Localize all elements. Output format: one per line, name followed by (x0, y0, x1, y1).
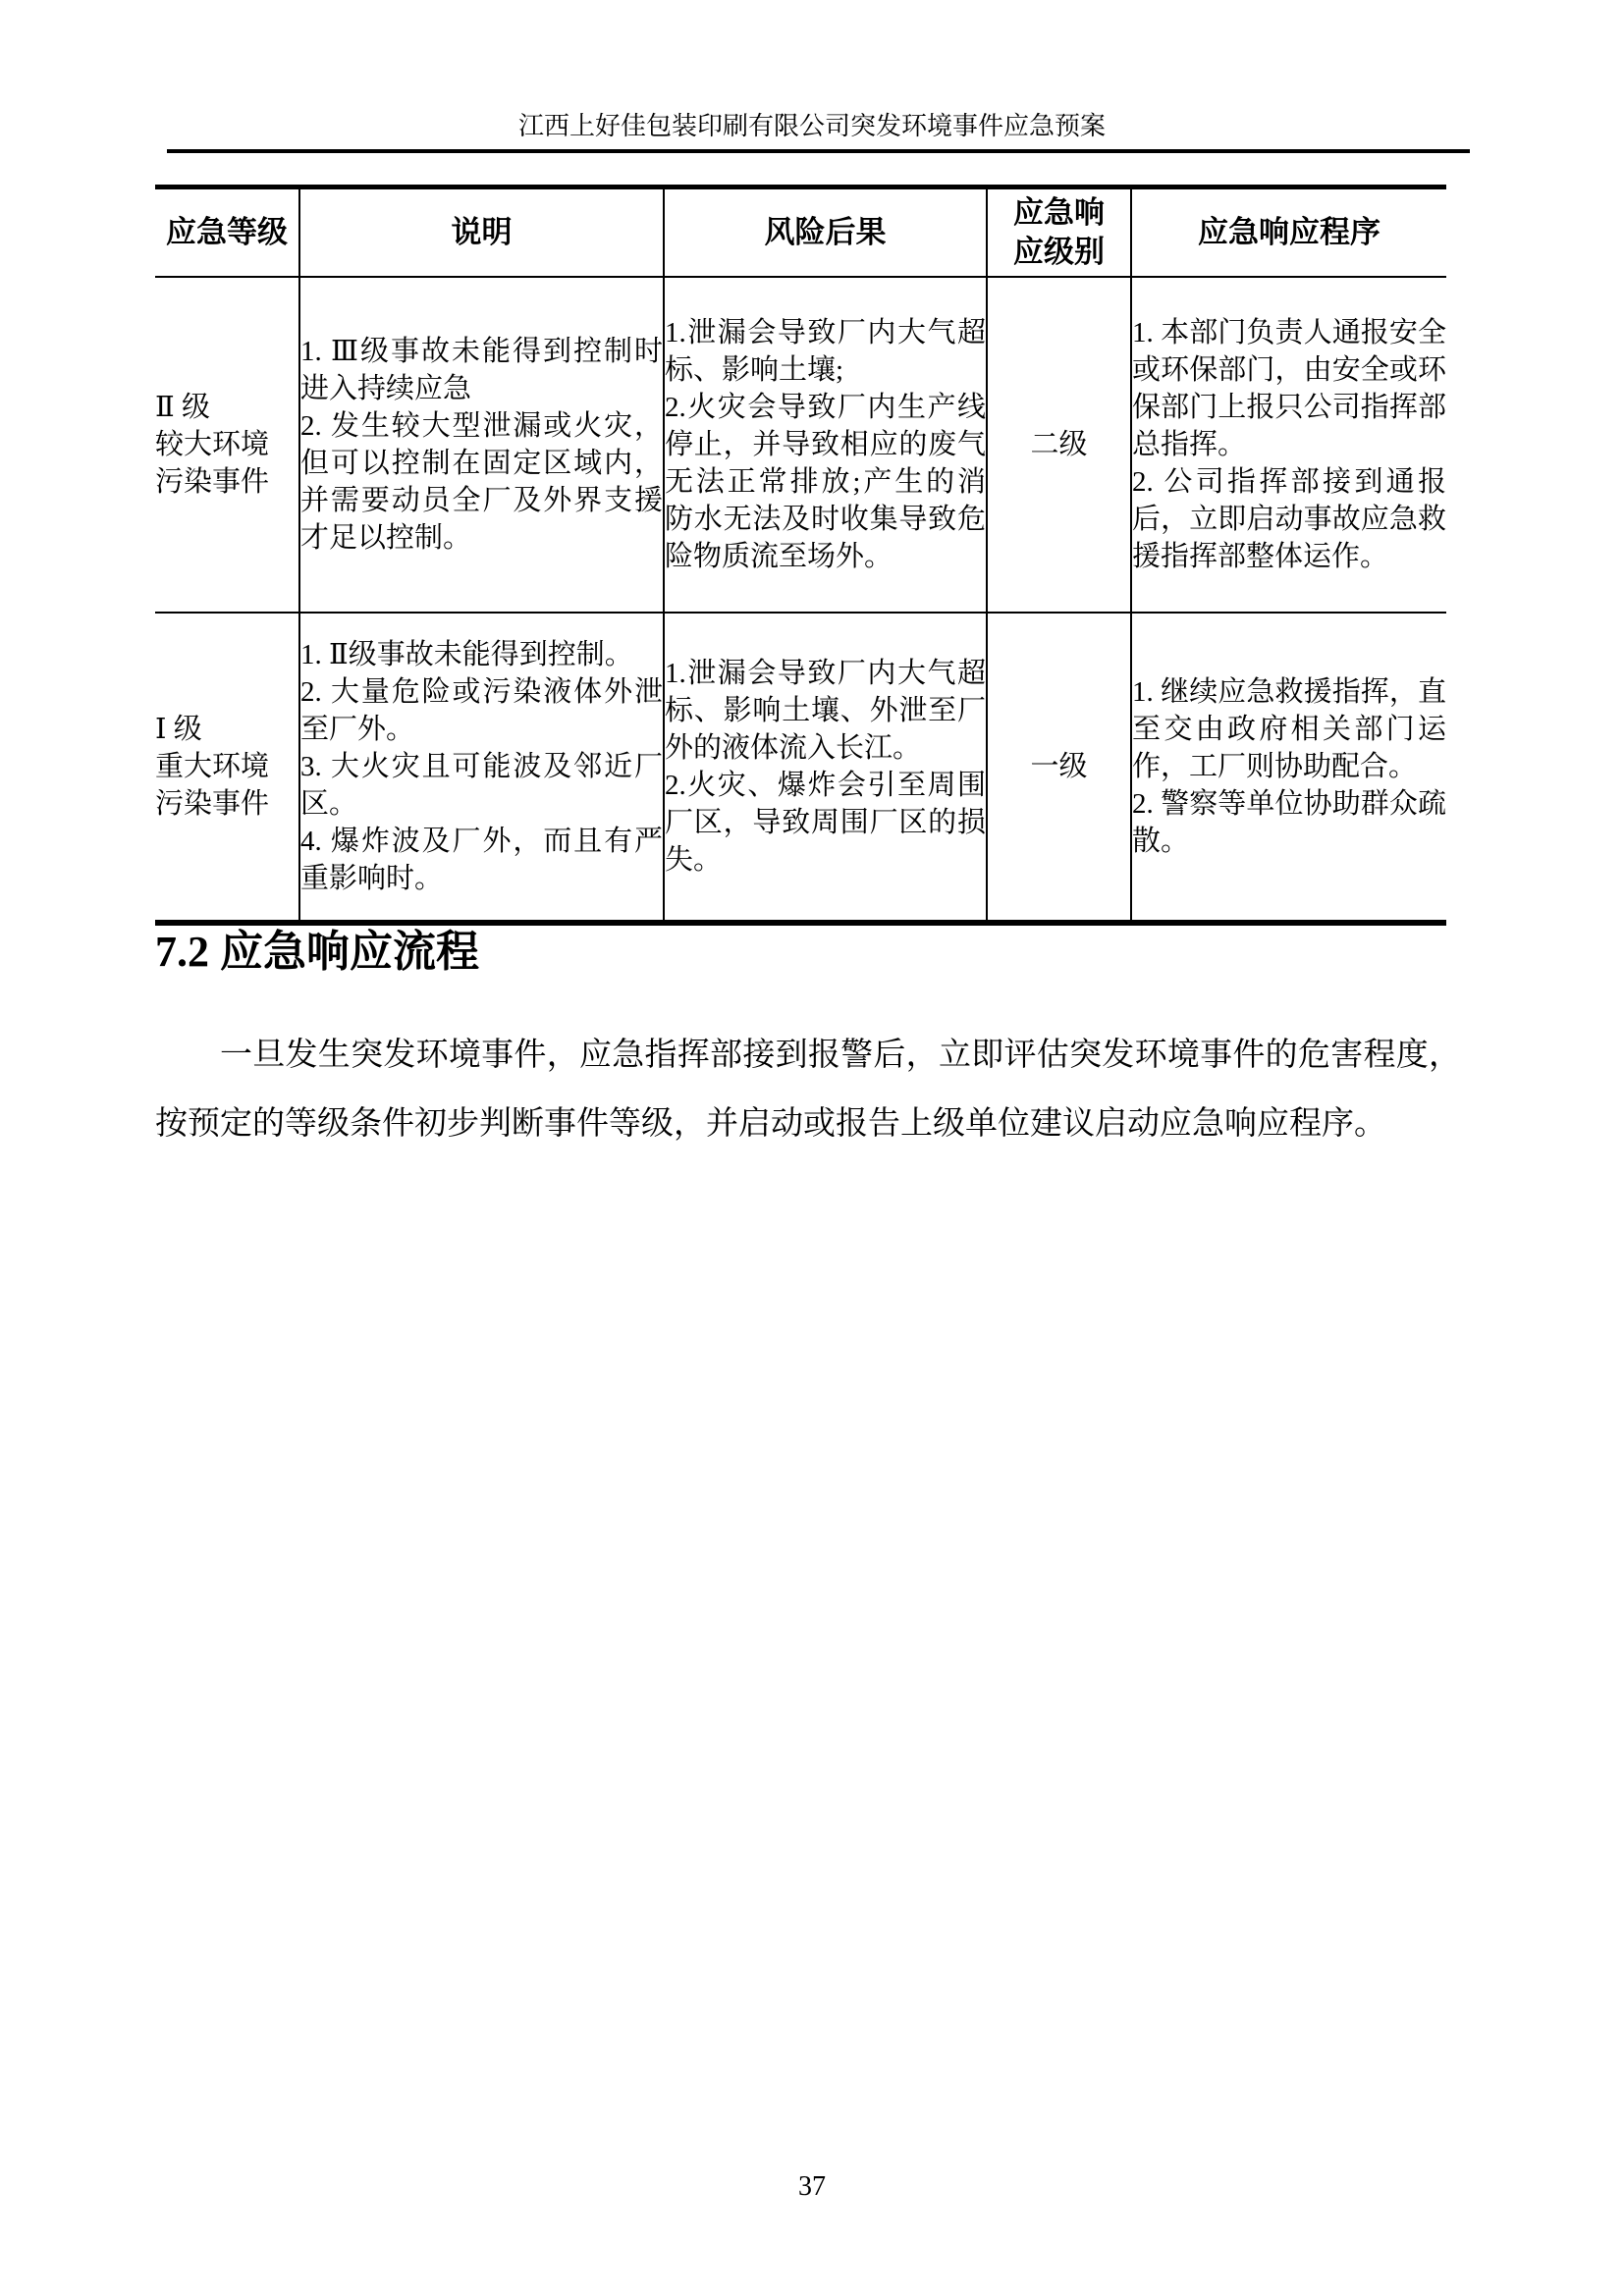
document-page: 江西上好佳包装印刷有限公司突发环境事件应急预案 应急等级 说明 风险后果 应急响… (0, 0, 1624, 2296)
cell-level-2-procedure: 1. 本部门负责人通报安全或环保部门，由安全或环保部门上报只公司指挥部总指挥。 … (1131, 277, 1446, 613)
cell-level-2-response-level: 二级 (987, 277, 1131, 613)
table-row-level-2: Ⅱ 级 较大环境 污染事件 1. Ⅲ级事故未能得到控制时进入持续应急 2. 发生… (155, 277, 1446, 613)
header-divider-rule (167, 149, 1470, 153)
cell-level-2-risk: 1.泄漏会导致厂内大气超标、影响土壤; 2.火灾会导致厂内生产线停止，并导致相应… (664, 277, 987, 613)
page-header-title: 江西上好佳包装印刷有限公司突发环境事件应急预案 (0, 110, 1624, 143)
cell-level-2-description: 1. Ⅲ级事故未能得到控制时进入持续应急 2. 发生较大型泄漏或火灾，但可以控制… (299, 277, 664, 613)
section-paragraph: 一旦发生突发环境事件，应急指挥部接到报警后，立即评估突发环境事件的危害程度，按预… (155, 1021, 1461, 1158)
column-header-risk-consequence: 风险后果 (664, 187, 987, 278)
cell-level-1-description: 1. Ⅱ级事故未能得到控制。 2. 大量危险或污染液体外泄至厂外。 3. 大火灾… (299, 613, 664, 923)
emergency-level-table: 应急等级 说明 风险后果 应急响 应级别 应急响应程序 Ⅱ 级 较大环境 污染事… (155, 185, 1446, 926)
table-header-row: 应急等级 说明 风险后果 应急响 应级别 应急响应程序 (155, 187, 1446, 278)
cell-level-1-name: Ⅰ 级 重大环境 污染事件 (155, 613, 299, 923)
cell-level-1-risk: 1.泄漏会导致厂内大气超标、影响土壤、外泄至厂外的液体流入长江。 2.火灾、爆炸… (664, 613, 987, 923)
section-heading-7-2: 7.2 应急响应流程 (155, 927, 479, 978)
column-header-response-procedure: 应急响应程序 (1131, 187, 1446, 278)
cell-level-1-response-level: 一级 (987, 613, 1131, 923)
cell-level-2-name: Ⅱ 级 较大环境 污染事件 (155, 277, 299, 613)
column-header-description: 说明 (299, 187, 664, 278)
column-header-emergency-level: 应急等级 (155, 187, 299, 278)
column-header-response-level: 应急响 应级别 (987, 187, 1131, 278)
page-number: 37 (0, 2171, 1624, 2203)
table-row-level-1: Ⅰ 级 重大环境 污染事件 1. Ⅱ级事故未能得到控制。 2. 大量危险或污染液… (155, 613, 1446, 923)
cell-level-1-procedure: 1. 继续应急救援指挥，直至交由政府相关部门运作，工厂则协助配合。 2. 警察等… (1131, 613, 1446, 923)
